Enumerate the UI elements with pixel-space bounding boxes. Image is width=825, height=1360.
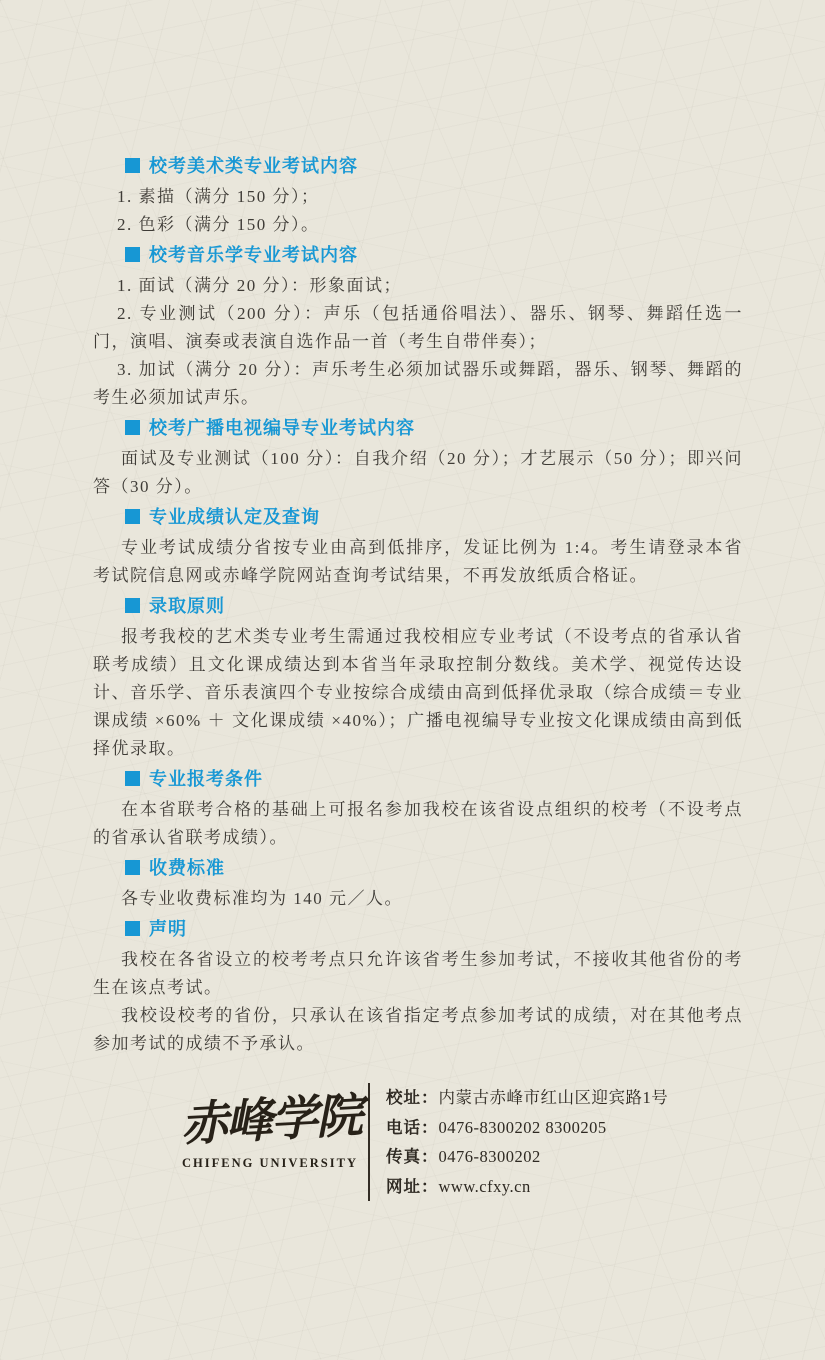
bullet-square-icon <box>125 420 140 435</box>
section-heading-text: 专业报考条件 <box>149 769 263 789</box>
section: 收费标准 各专业收费标准均为 140 元／人。 <box>93 854 743 913</box>
section-heading: 校考音乐学专业考试内容 <box>93 241 743 269</box>
bullet-square-icon <box>125 771 140 786</box>
section: 专业报考条件 在本省联考合格的基础上可报名参加我校在该省设点组织的校考（不设考点… <box>93 765 743 852</box>
bullet-square-icon <box>125 921 140 936</box>
body-paragraph: 各专业收费标准均为 140 元／人。 <box>93 885 743 913</box>
body-paragraph: 我校设校考的省份，只承认在该省指定考点参加考试的成绩，对在其他考点参加考试的成绩… <box>93 1002 743 1058</box>
contact-line: 校址：内蒙古赤峰市红山区迎宾路1号 <box>386 1084 668 1111</box>
section-heading-text: 专业成绩认定及查询 <box>149 507 320 527</box>
contact-label: 校址： <box>386 1088 439 1107</box>
university-logo-english-name: CHIFENG UNIVERSITY <box>181 1156 359 1171</box>
contact-label: 传真： <box>386 1147 439 1166</box>
body-paragraph: 报考我校的艺术类专业考生需通过我校相应专业考试（不设考点的省承认省联考成绩）且文… <box>93 623 743 763</box>
section-body: 各专业收费标准均为 140 元／人。 <box>93 885 743 913</box>
section-heading: 专业报考条件 <box>93 765 743 793</box>
bullet-square-icon <box>125 509 140 524</box>
university-logo: 赤峰学院 CHIFENG UNIVERSITY <box>181 1083 359 1201</box>
section-heading-text: 收费标准 <box>149 858 225 878</box>
section-heading: 专业成绩认定及查询 <box>93 503 743 531</box>
section-heading: 校考广播电视编导专业考试内容 <box>93 414 743 442</box>
contact-info-block: 校址：内蒙古赤峰市红山区迎宾路1号 电话：0476-8300202 830020… <box>386 1083 668 1201</box>
section-heading-text: 录取原则 <box>149 596 225 616</box>
numbered-item: 1. 面试（满分 20 分）：形象面试； <box>93 272 743 300</box>
numbered-item: 1. 素描（满分 150 分）； <box>93 183 743 211</box>
content-area: 校考美术类专业考试内容 1. 素描（满分 150 分）；2. 色彩（满分 150… <box>93 150 743 1058</box>
section-body: 报考我校的艺术类专业考生需通过我校相应专业考试（不设考点的省承认省联考成绩）且文… <box>93 623 743 763</box>
bullet-square-icon <box>125 247 140 262</box>
section: 录取原则 报考我校的艺术类专业考生需通过我校相应专业考试（不设考点的省承认省联考… <box>93 592 743 763</box>
contact-value: 内蒙古赤峰市红山区迎宾路1号 <box>439 1088 669 1107</box>
section-body: 面试及专业测试（100 分）：自我介绍（20 分）；才艺展示（50 分）；即兴问… <box>93 445 743 501</box>
body-paragraph: 我校在各省设立的校考考点只允许该省考生参加考试，不接收其他省份的考生在该点考试。 <box>93 946 743 1002</box>
section: 校考美术类专业考试内容 1. 素描（满分 150 分）；2. 色彩（满分 150… <box>93 152 743 239</box>
footer-vertical-divider <box>368 1083 370 1201</box>
section-heading: 声明 <box>93 915 743 943</box>
contact-line: 网址：www.cfxy.cn <box>386 1173 668 1200</box>
section-body: 1. 素描（满分 150 分）；2. 色彩（满分 150 分）。 <box>93 183 743 239</box>
footer: 赤峰学院 CHIFENG UNIVERSITY 校址：内蒙古赤峰市红山区迎宾路1… <box>181 1083 668 1201</box>
numbered-item: 2. 专业测试（200 分）：声乐（包括通俗唱法）、器乐、钢琴、舞蹈任选一门，演… <box>93 300 743 356</box>
contact-line: 传真：0476-8300202 <box>386 1143 668 1170</box>
section-heading-text: 声明 <box>149 919 187 939</box>
contact-label: 网址： <box>386 1177 439 1196</box>
contact-value: 0476-8300202 <box>439 1147 541 1166</box>
section-body: 在本省联考合格的基础上可报名参加我校在该省设点组织的校考（不设考点的省承认省联考… <box>93 796 743 852</box>
contact-label: 电话： <box>386 1118 439 1137</box>
section-heading-text: 校考广播电视编导专业考试内容 <box>149 418 415 438</box>
section-heading-text: 校考音乐学专业考试内容 <box>149 245 358 265</box>
numbered-item: 2. 色彩（满分 150 分）。 <box>93 211 743 239</box>
bullet-square-icon <box>125 158 140 173</box>
section: 专业成绩认定及查询 专业考试成绩分省按专业由高到低排序，发证比例为 1:4。考生… <box>93 503 743 590</box>
bullet-square-icon <box>125 860 140 875</box>
numbered-item: 3. 加试（满分 20 分）：声乐考生必须加试器乐或舞蹈，器乐、钢琴、舞蹈的考生… <box>93 356 743 412</box>
section-body: 1. 面试（满分 20 分）：形象面试；2. 专业测试（200 分）：声乐（包括… <box>93 272 743 412</box>
bullet-square-icon <box>125 598 140 613</box>
section-heading-text: 校考美术类专业考试内容 <box>149 156 358 176</box>
contact-value: www.cfxy.cn <box>439 1177 531 1196</box>
section-body: 专业考试成绩分省按专业由高到低排序，发证比例为 1:4。考生请登录本省考试院信息… <box>93 534 743 590</box>
section-heading: 收费标准 <box>93 854 743 882</box>
body-paragraph: 专业考试成绩分省按专业由高到低排序，发证比例为 1:4。考生请登录本省考试院信息… <box>93 534 743 590</box>
contact-value: 0476-8300202 8300205 <box>439 1118 607 1137</box>
section-body: 我校在各省设立的校考考点只允许该省考生参加考试，不接收其他省份的考生在该点考试。… <box>93 946 743 1058</box>
university-logo-calligraphy: 赤峰学院 <box>180 1086 361 1155</box>
section-heading: 校考美术类专业考试内容 <box>93 152 743 180</box>
section: 声明 我校在各省设立的校考考点只允许该省考生参加考试，不接收其他省份的考生在该点… <box>93 915 743 1058</box>
section: 校考广播电视编导专业考试内容 面试及专业测试（100 分）：自我介绍（20 分）… <box>93 414 743 501</box>
contact-line: 电话：0476-8300202 8300205 <box>386 1114 668 1141</box>
section: 校考音乐学专业考试内容 1. 面试（满分 20 分）：形象面试；2. 专业测试（… <box>93 241 743 412</box>
section-heading: 录取原则 <box>93 592 743 620</box>
brochure-page: 校考美术类专业考试内容 1. 素描（满分 150 分）；2. 色彩（满分 150… <box>0 0 825 1360</box>
body-paragraph: 在本省联考合格的基础上可报名参加我校在该省设点组织的校考（不设考点的省承认省联考… <box>93 796 743 852</box>
body-paragraph: 面试及专业测试（100 分）：自我介绍（20 分）；才艺展示（50 分）；即兴问… <box>93 445 743 501</box>
